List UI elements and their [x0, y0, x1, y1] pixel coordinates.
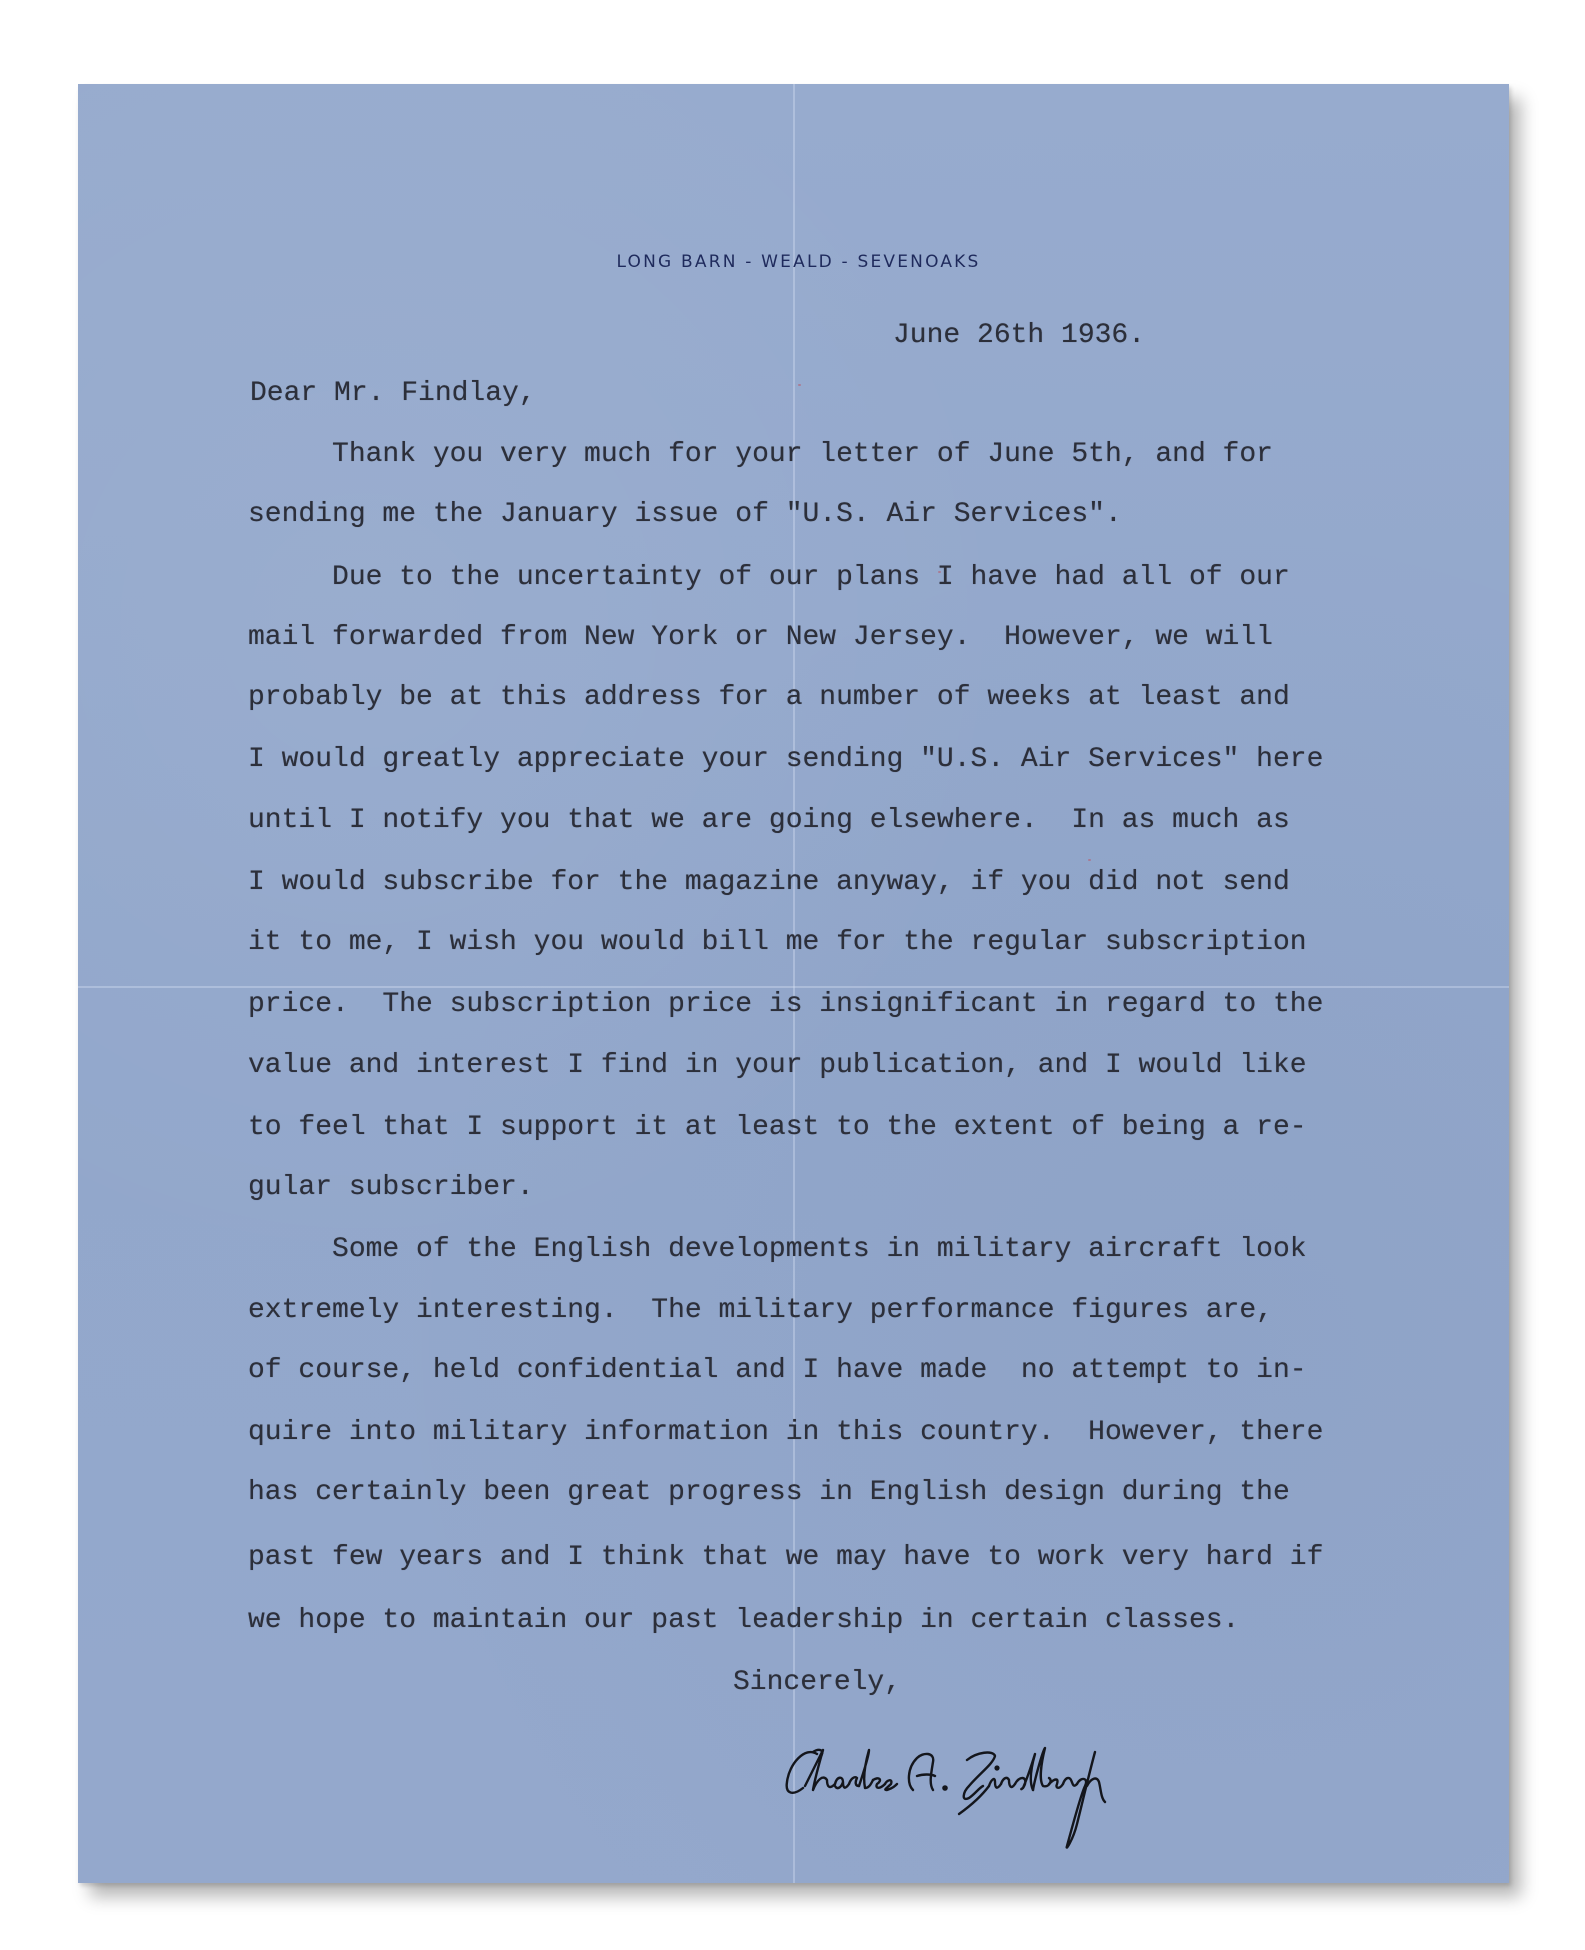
- ink-speck: [798, 384, 801, 386]
- body-line: value and interest I find in your public…: [248, 1052, 1307, 1080]
- body-line: I would greatly appreciate your sending …: [248, 746, 1323, 774]
- body-line: mail forwarded from New York or New Jers…: [248, 624, 1273, 652]
- body-line: I would subscribe for the magazine anywa…: [248, 869, 1290, 897]
- body-line: Due to the uncertainty of our plans I ha…: [248, 564, 1290, 592]
- body-line: probably be at this address for a number…: [248, 684, 1290, 712]
- body-line: extremely interesting. The military perf…: [248, 1297, 1273, 1325]
- body-line: to feel that I support it at least to th…: [248, 1114, 1307, 1142]
- body-line: it to me, I wish you would bill me for t…: [248, 929, 1307, 957]
- body-line: Thank you very much for your letter of J…: [248, 441, 1273, 469]
- ink-speck: [1088, 859, 1091, 861]
- body-line: of course, held confidential and I have …: [248, 1357, 1307, 1385]
- signature: Charles A. Lindbergh: [783, 1734, 1143, 1859]
- horizontal-fold-line: [78, 986, 1509, 988]
- salutation: Dear Mr. Findlay,: [250, 380, 536, 408]
- body-line: gular subscriber.: [248, 1174, 534, 1202]
- body-line: past few years and I think that we may h…: [248, 1544, 1323, 1572]
- body-line: sending me the January issue of "U.S. Ai…: [248, 501, 1122, 529]
- body-line: has certainly been great progress in Eng…: [248, 1479, 1290, 1507]
- closing: Sincerely,: [733, 1669, 901, 1697]
- body-line: until I notify you that we are going els…: [248, 807, 1290, 835]
- body-line: Some of the English developments in mili…: [248, 1236, 1307, 1264]
- letter-date: June 26th 1936.: [893, 322, 1145, 350]
- body-line: we hope to maintain our past leadership …: [248, 1607, 1239, 1635]
- body-line: quire into military information in this …: [248, 1419, 1323, 1447]
- body-line: price. The subscription price is insigni…: [248, 991, 1323, 1019]
- letterhead: LONG BARN - WEALD - SEVENOAKS: [78, 252, 1509, 272]
- letter-paper: LONG BARN - WEALD - SEVENOAKS June 26th …: [78, 84, 1509, 1883]
